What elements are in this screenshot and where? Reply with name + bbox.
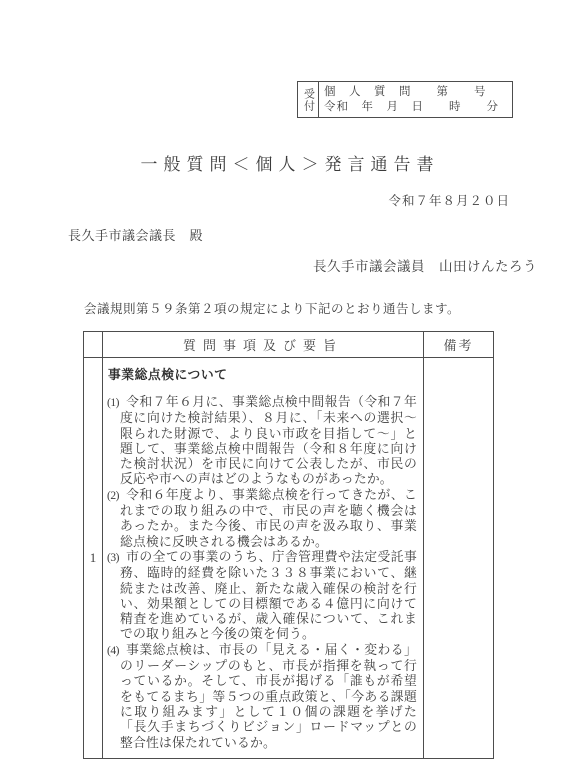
question-topic: 事業総点検について (108, 364, 417, 383)
item-number-4: (4) (107, 645, 119, 657)
question-item-1: (1)令和７年６月に、事業総点検中間報告（令和７年度に向けた検討結果）、８月に、… (107, 395, 417, 488)
item-text-3: 市の全ての事業のうち、庁舎管理費や法定受託事務、臨時的経費を除いた３３８事業にお… (120, 550, 417, 641)
reception-label-text: 受付 (302, 88, 315, 112)
header-question-cell: 質問事項及び要旨 (103, 332, 424, 358)
reception-field-datetime: 令和 年 月 日 時 分 (324, 101, 512, 113)
row-number-cell: 1 (84, 358, 103, 759)
item-text-1: 令和７年６月に、事業総点検中間報告（令和７年度に向けた検討結果）、８月に、「未来… (120, 395, 417, 486)
reception-fields: 個 人 質 問 第 号 令和 年 月 日 時 分 (319, 82, 512, 117)
reception-field-number: 個 人 質 問 第 号 (324, 86, 512, 98)
item-number-1: (1) (107, 397, 119, 409)
item-text-4: 事業総点検は、市長の「見える・届く・変わる」のリーダーシップのもと、市長が指揮を… (120, 643, 417, 750)
question-table: 質問事項及び要旨 備考 1 事業総点検について (1)令和７年６月に、事業総点検… (83, 331, 494, 759)
reception-stamp-box: 受付 個 人 質 問 第 号 令和 年 月 日 時 分 (297, 81, 513, 118)
row-question-cell: 事業総点検について (1)令和７年６月に、事業総点検中間報告（令和７年度に向けた… (103, 358, 424, 759)
table-row: 1 事業総点検について (1)令和７年６月に、事業総点検中間報告（令和７年度に向… (84, 358, 494, 759)
notification-document-page: 受付 個 人 質 問 第 号 令和 年 月 日 時 分 一般質問＜個人＞発言通告… (0, 0, 580, 762)
document-title: 一般質問＜個人＞発言通告書 (0, 150, 580, 175)
sender-line: 長久手市議会議員 山田けんたろう (313, 255, 537, 275)
item-text-2: 令和６年度より、事業総点検を行ってきたが、これまでの取り組みの中で、市民の声を聴… (120, 488, 417, 549)
item-number-3: (3) (107, 552, 119, 564)
row-remarks-cell (424, 358, 494, 759)
table-header-row: 質問事項及び要旨 備考 (84, 332, 494, 358)
addressee-line: 長久手市議会議長 殿 (68, 225, 203, 244)
reception-label: 受付 (298, 82, 319, 117)
item-number-2: (2) (107, 490, 119, 502)
question-item-3: (3)市の全ての事業のうち、庁舎管理費や法定受託事務、臨時的経費を除いた３３８事… (107, 550, 417, 643)
question-item-4: (4)事業総点検は、市長の「見える・届く・変わる」のリーダーシップのもと、市長が… (107, 643, 417, 751)
header-remarks-cell: 備考 (424, 332, 494, 358)
question-item-2: (2)令和６年度より、事業総点検を行ってきたが、これまでの取り組みの中で、市民の… (107, 488, 417, 550)
document-date: 令和７年８月２０日 (388, 191, 510, 209)
notice-statement: 会議規則第５９条第２項の規定により下記のとおり通告します。 (84, 299, 460, 317)
header-number-cell (84, 332, 103, 358)
